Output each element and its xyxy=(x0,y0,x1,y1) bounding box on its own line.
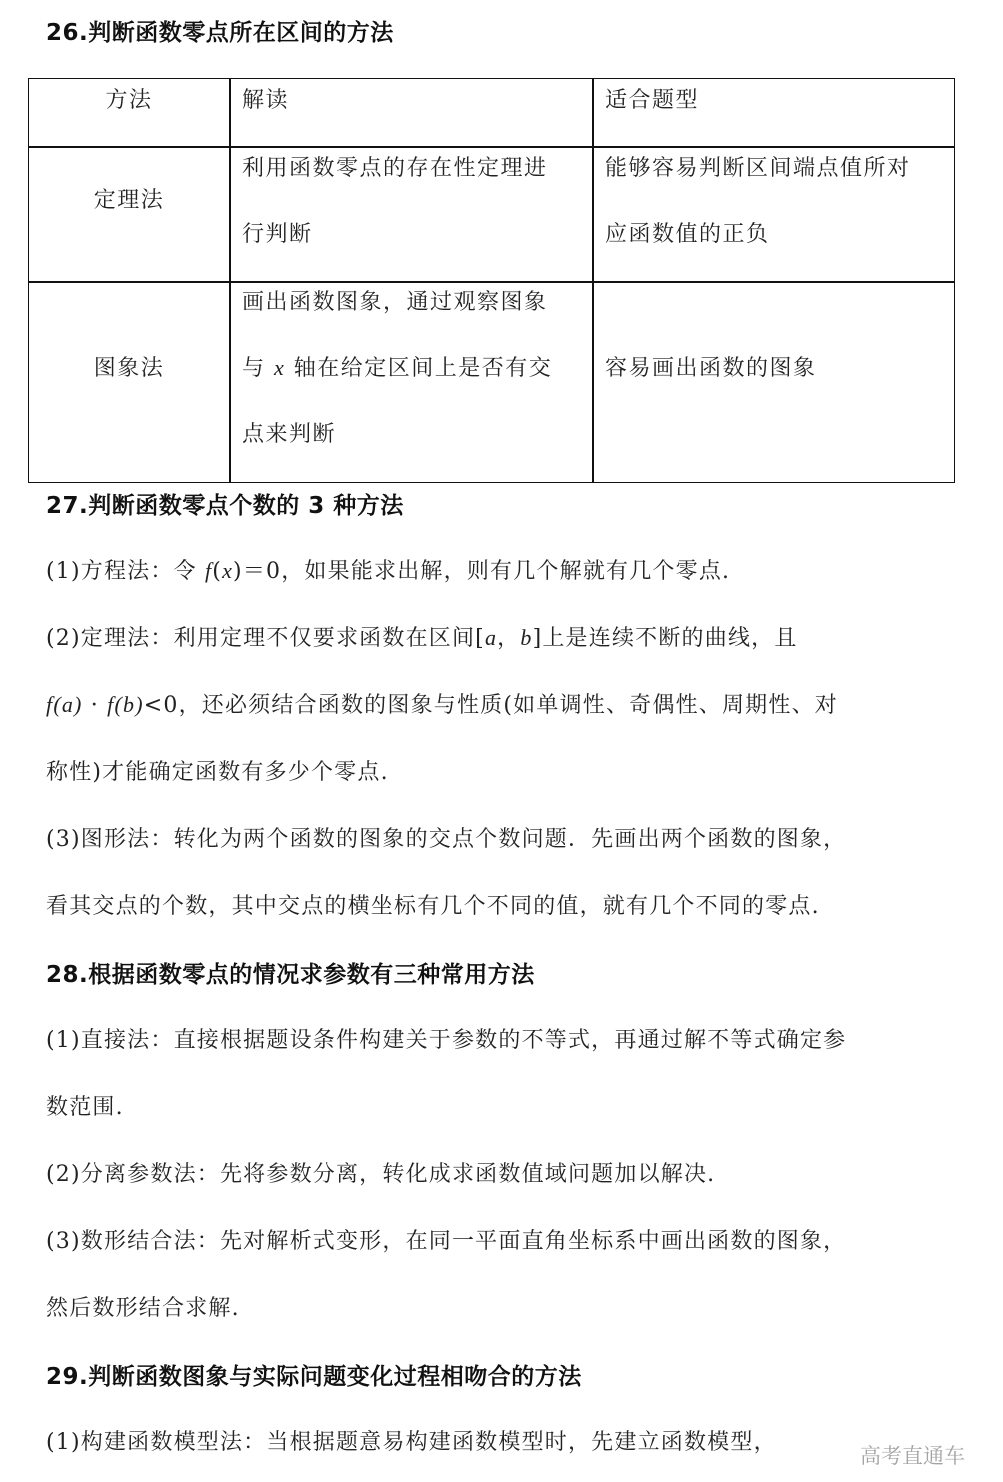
table-header-interpretation: 解读 xyxy=(242,83,289,114)
text-fragment: 与 xyxy=(242,356,274,381)
table-cell-interpretation-line: 行判断 xyxy=(242,217,313,248)
table-cell-suitable-line: 应函数值的正负 xyxy=(605,217,770,248)
section-29-line-1: (1)构建函数模型法：当根据题意易构建函数模型时，先建立函数模型， xyxy=(46,1425,777,1456)
text-fragment: 轴在给定区间上是否有交 xyxy=(285,356,552,381)
section-27-line-6: 看其交点的个数，其中交点的横坐标有几个不同的值，就有几个不同的零点. xyxy=(46,889,820,920)
table-cell-interpretation-line: 与 x 轴在给定区间上是否有交 xyxy=(242,351,552,382)
section-28-line-1: (1)直接法：直接根据题设条件构建关于参数的不等式，再通过解不等式确定参 xyxy=(46,1023,846,1054)
table-cell-method-graph: 图象法 xyxy=(29,351,229,382)
document-page: 26.判断函数零点所在区间的方法 方法 解读 适合题型 定理法 利用函数零点的存… xyxy=(0,0,1003,1482)
table-cell-suitable-line: 能够容易判断区间端点值所对 xyxy=(605,151,911,182)
table-cell-suitable-line: 容易画出函数的图象 xyxy=(605,351,817,382)
math-variable: b xyxy=(520,625,532,650)
table-cell-method-theorem: 定理法 xyxy=(29,183,229,214)
math-variable: (a) xyxy=(53,692,82,717)
section-28-line-2: 数范围. xyxy=(46,1090,124,1121)
section-27-line-4: 称性)才能确定函数有多少个零点. xyxy=(46,755,389,786)
section-28-heading: 28.根据函数零点的情况求参数有三种常用方法 xyxy=(46,956,535,989)
text-fragment: <0，还必须结合函数的图象与性质(如单调性、奇偶性、周期性、对 xyxy=(144,693,838,718)
section-27-heading: 27.判断函数零点个数的 3 种方法 xyxy=(46,487,404,520)
section-26-heading: 26.判断函数零点所在区间的方法 xyxy=(46,14,394,47)
section-28-line-3: (2)分离参数法：先将参数分离，转化成求函数值域问题加以解决. xyxy=(46,1157,715,1188)
text-fragment: ( xyxy=(212,559,222,584)
zero-interval-methods-table: 方法 解读 适合题型 定理法 利用函数零点的存在性定理进 行判断 能够容易判断区… xyxy=(28,78,955,483)
section-28-line-4: (3)数形结合法：先对解析式变形，在同一平面直角坐标系中画出函数的图象， xyxy=(46,1224,846,1255)
table-row-divider xyxy=(29,146,954,148)
math-variable: x xyxy=(222,558,233,583)
section-27-line-3: f(a) · f(b)<0，还必须结合函数的图象与性质(如单调性、奇偶性、周期性… xyxy=(46,688,838,719)
section-27-line-5: (3)图形法：转化为两个函数的图象的交点个数问题．先画出两个函数的图象， xyxy=(46,822,846,853)
section-28-line-5: 然后数形结合求解. xyxy=(46,1291,240,1322)
math-variable: (b) xyxy=(114,692,143,717)
section-27-line-1: (1)方程法：令 f(x)＝0，如果能求出解，则有几个解就有几个零点. xyxy=(46,554,730,585)
watermark-logo: 高考直通车 xyxy=(860,1440,965,1470)
math-variable: a xyxy=(485,625,497,650)
math-variable: x xyxy=(274,355,285,380)
text-fragment: · xyxy=(83,693,108,718)
text-fragment: )＝0，如果能求出解，则有几个解就有几个零点. xyxy=(233,559,730,584)
table-header-method: 方法 xyxy=(29,83,229,114)
table-cell-interpretation-line: 画出函数图象，通过观察图象 xyxy=(242,285,548,316)
text-fragment: ]上是连续不断的曲线，且 xyxy=(533,626,798,651)
table-row-divider xyxy=(29,281,954,283)
text-fragment: ， xyxy=(497,626,520,651)
section-29-heading: 29.判断函数图象与实际问题变化过程相吻合的方法 xyxy=(46,1358,582,1391)
section-27-line-2: (2)定理法：利用定理不仅要求函数在区间[a，b]上是连续不断的曲线，且 xyxy=(46,621,798,652)
table-header-suitable-type: 适合题型 xyxy=(605,83,699,114)
table-cell-interpretation-line: 利用函数零点的存在性定理进 xyxy=(242,151,548,182)
text-fragment: (2)定理法：利用定理不仅要求函数在区间[ xyxy=(46,626,485,651)
table-cell-interpretation-line: 点来判断 xyxy=(242,417,336,448)
text-fragment: (1)方程法：令 xyxy=(46,559,205,584)
